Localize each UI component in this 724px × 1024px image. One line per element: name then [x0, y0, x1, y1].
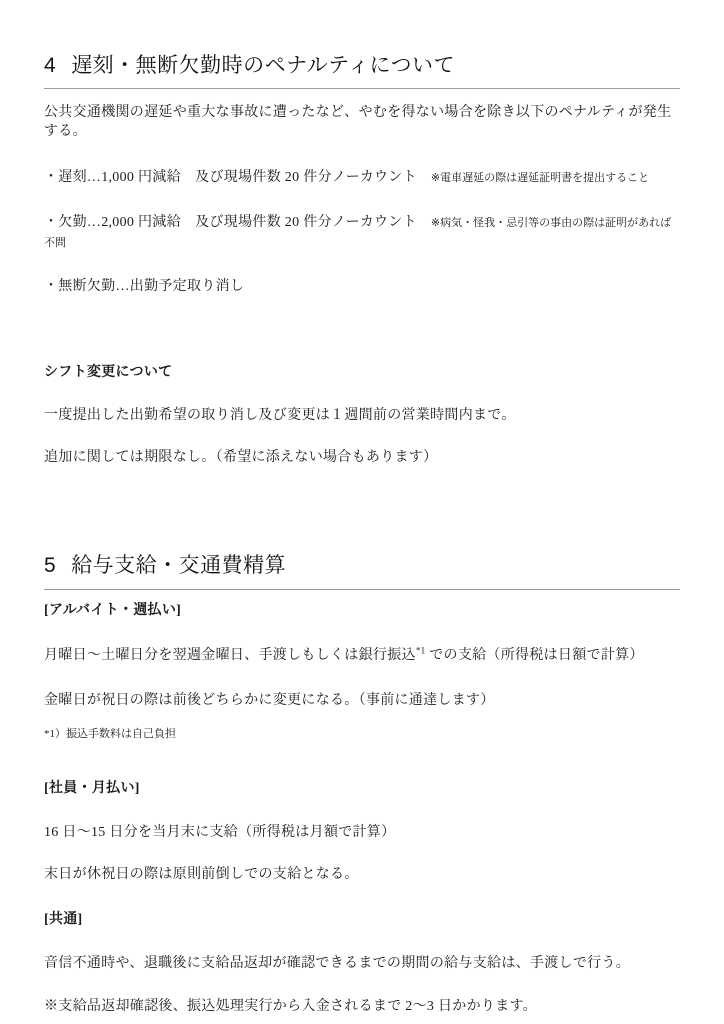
common-label: [共通]	[44, 910, 680, 929]
penalty-item-noshow-text: ・無断欠勤…出勤予定取り消し	[44, 279, 244, 294]
penalty-item-noshow: ・無断欠勤…出勤予定取り消し	[44, 277, 680, 296]
common-rule-1: 音信不通時や、退職後に支給品返却が確認できるまでの期間の給与支給は、手渡しで行う…	[44, 954, 680, 973]
parttime-pay-line-post: での支給（所得税は日額で計算）	[425, 648, 643, 663]
parttime-label: [アルバイト・週払い]	[44, 601, 680, 620]
fulltime-label: [社員・月払い]	[44, 779, 680, 798]
section5-number: 5	[44, 554, 56, 577]
footnote-marker: *1	[416, 645, 426, 655]
penalty-item-lateness-note: ※電車遅延の際は遅延証明書を提出すること	[431, 172, 649, 184]
fulltime-pay-line: 16 日～15 日分を当月末に支給（所得税は月額で計算）	[44, 823, 680, 842]
penalty-item-lateness-text: ・遅刻…1,000 円減給 及び現場件数 20 件分ノーカウント	[44, 170, 417, 185]
section4-title: 遅刻・無断欠勤時のペナルティについて	[71, 54, 455, 77]
section4-heading: 4遅刻・無断欠勤時のペナルティについて	[44, 52, 680, 79]
section4-divider	[44, 88, 680, 89]
document-page: 4遅刻・無断欠勤時のペナルティについて 公共交通機関の遅延や重大な事故に遭ったな…	[0, 0, 724, 1024]
parttime-pay-line-pre: 月曜日～土曜日分を翌週金曜日、手渡しもしくは銀行振込	[44, 648, 416, 663]
section5-divider	[44, 589, 680, 590]
parttime-footnote: *1）振込手数料は自己負担	[44, 727, 680, 742]
parttime-holiday-line: 金曜日が祝日の際は前後どちらかに変更になる。（事前に通達します）	[44, 691, 680, 710]
section4-number: 4	[44, 54, 56, 77]
penalty-item-absence-text: ・欠勤…2,000 円減給 及び現場件数 20 件分ノーカウント	[44, 215, 417, 230]
parttime-pay-line: 月曜日～土曜日分を翌週金曜日、手渡しもしくは銀行振込*1 での支給（所得税は日額…	[44, 646, 680, 665]
penalty-item-lateness: ・遅刻…1,000 円減給 及び現場件数 20 件分ノーカウント※電車遅延の際は…	[44, 168, 680, 188]
section5-title: 給与支給・交通費精算	[71, 554, 286, 577]
common-rule-2: ※支給品返却確認後、振込処理実行から入金されるまで 2～3 日かかります。	[44, 997, 680, 1016]
shift-change-rule-1: 一度提出した出勤希望の取り消し及び変更は１週間前の営業時間内まで。	[44, 406, 680, 425]
fulltime-holiday-line: 末日が休祝日の際は原則前倒しでの支給となる。	[44, 865, 680, 884]
shift-change-subheading: シフト変更について	[44, 363, 680, 382]
section4-intro: 公共交通機関の遅延や重大な事故に遭ったなど、やむを得ない場合を除き以下のペナルテ…	[44, 103, 680, 141]
section5-heading: 5給与支給・交通費精算	[44, 552, 680, 579]
shift-change-rule-2: 追加に関しては期限なし。（希望に添えない場合もあります）	[44, 448, 680, 467]
penalty-item-absence: ・欠勤…2,000 円減給 及び現場件数 20 件分ノーカウント※病気・怪我・忌…	[44, 213, 680, 253]
